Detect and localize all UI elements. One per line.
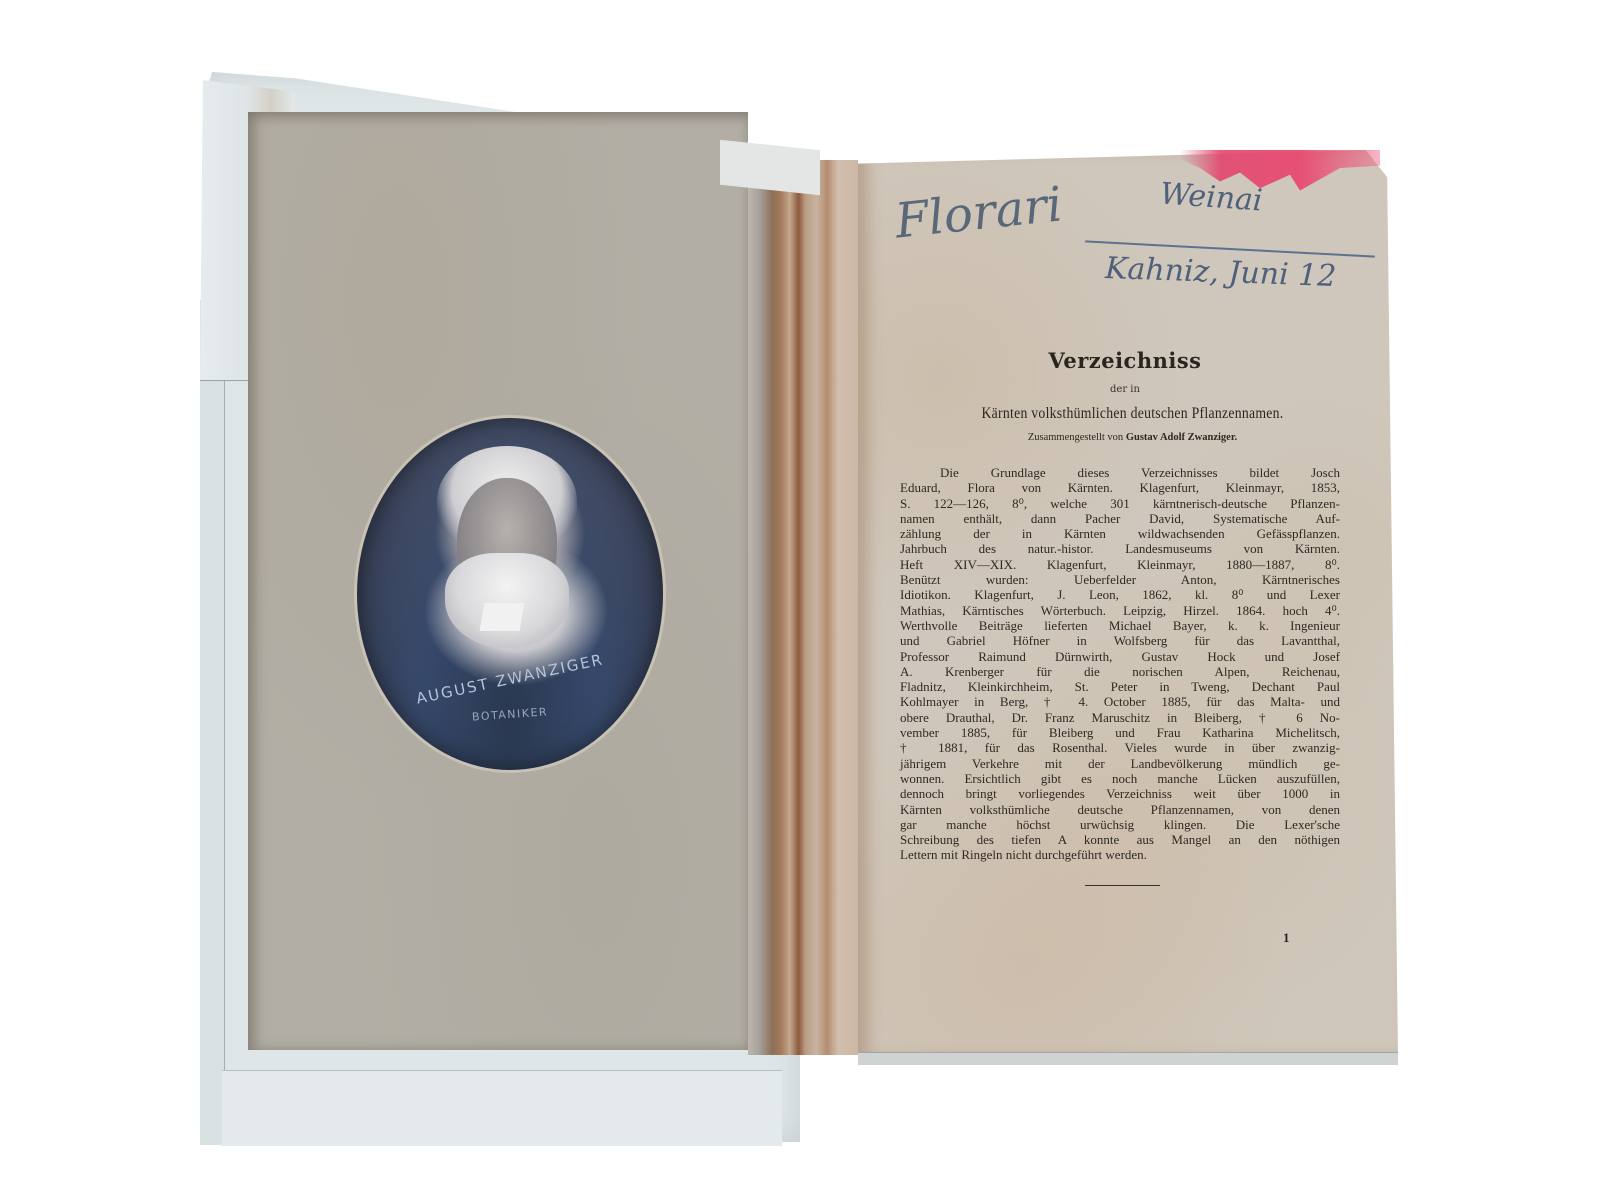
body-line: Jahrbuch des natur.-histor. Landesmuseum… <box>900 541 1340 556</box>
body-line: Benützt wurden: Ueberfelder Anton, Kärnt… <box>900 572 1340 587</box>
body-line: Schreibung des tiefen A konnte aus Mange… <box>900 832 1340 847</box>
body-line: obere Drauthal, Dr. Franz Maruschitz in … <box>900 710 1340 725</box>
page-subtitle: Kärnten volksthümlichen deutschen Pflanz… <box>915 405 1349 423</box>
page-title: Verzeichniss <box>1010 348 1240 373</box>
portrait-collar <box>480 603 525 631</box>
body-line: Kärnten volksthümliche deutsche Pflanzen… <box>900 802 1340 817</box>
body-line: † 1881, für das Rosenthal. Vieles wurde … <box>900 740 1340 755</box>
body-line: zählung der in Kärnten wildwachsenden Ge… <box>900 526 1340 541</box>
body-line: Fladnitz, Kleinkirchheim, St. Peter in T… <box>900 679 1340 694</box>
portrait-beard <box>445 553 569 648</box>
body-line: namen enthält, dann Pacher David, System… <box>900 511 1340 526</box>
body-line: Eduard, Flora von Kärnten. Klagenfurt, K… <box>900 480 1340 495</box>
book-spine <box>748 160 858 1055</box>
body-line: dennoch bringt vorliegendes Verzeichniss… <box>900 786 1340 801</box>
body-line: Die Grundlage dieses Verzeichnisses bild… <box>900 465 1340 480</box>
body-line: wonnen. Ersichtlich gibt es noch manche … <box>900 771 1340 786</box>
compiler-name: Gustav Adolf Zwanziger. <box>1126 432 1237 443</box>
section-rule <box>1085 885 1160 886</box>
body-line: Kohlmayer in Berg, † 4. October 1885, fü… <box>900 694 1340 709</box>
body-line: S. 122—126, 8⁰, welche 301 kärntnerisch-… <box>900 496 1340 511</box>
left-cover-edge <box>200 300 225 1145</box>
body-line: A. Krenberger für die norischen Alpen, R… <box>900 664 1340 679</box>
body-line: vember 1885, für Bleiberg und Frau Katha… <box>900 725 1340 740</box>
title-connector: der in <box>1010 384 1240 395</box>
body-paragraph: Die Grundlage dieses Verzeichnisses bild… <box>900 465 1340 863</box>
body-line: Heft XIV—XIX. Klagenfurt, Kleinmayr, 188… <box>900 557 1340 572</box>
cover-bottom-strip <box>222 1070 782 1146</box>
body-line: jährigem Verkehre mit der Landbevölkerun… <box>900 756 1340 771</box>
compiler-prefix: Zusammengestellt von <box>1028 432 1123 443</box>
oval-portrait-photo: AUGUST ZWANZIGER BOTANIKER <box>357 418 663 770</box>
body-line: Idiotikon. Klagenfurt, J. Leon, 1862, kl… <box>900 587 1340 602</box>
compiler-credit: Zusammengestellt von Gustav Adolf Zwanzi… <box>880 432 1385 443</box>
body-line: Professor Raimund Dürnwirth, Gustav Hock… <box>900 649 1340 664</box>
page-number: 1 <box>1283 930 1290 946</box>
body-line: und Gabriel Höfner in Wolfsberg für das … <box>900 633 1340 648</box>
body-line: Mathias, Kärntisches Wörterbuch. Leipzig… <box>900 603 1340 618</box>
handwritten-inscription-2: Weinai <box>1159 176 1264 218</box>
page-bottom-edge <box>858 1052 1398 1065</box>
body-line: Werthvolle Beiträge lieferten Michael Ba… <box>900 618 1340 633</box>
body-line: Lettern mit Ringeln nicht durchgeführt w… <box>900 847 1340 862</box>
body-line: gar manche höchst urwüchsig klingen. Die… <box>900 817 1340 832</box>
